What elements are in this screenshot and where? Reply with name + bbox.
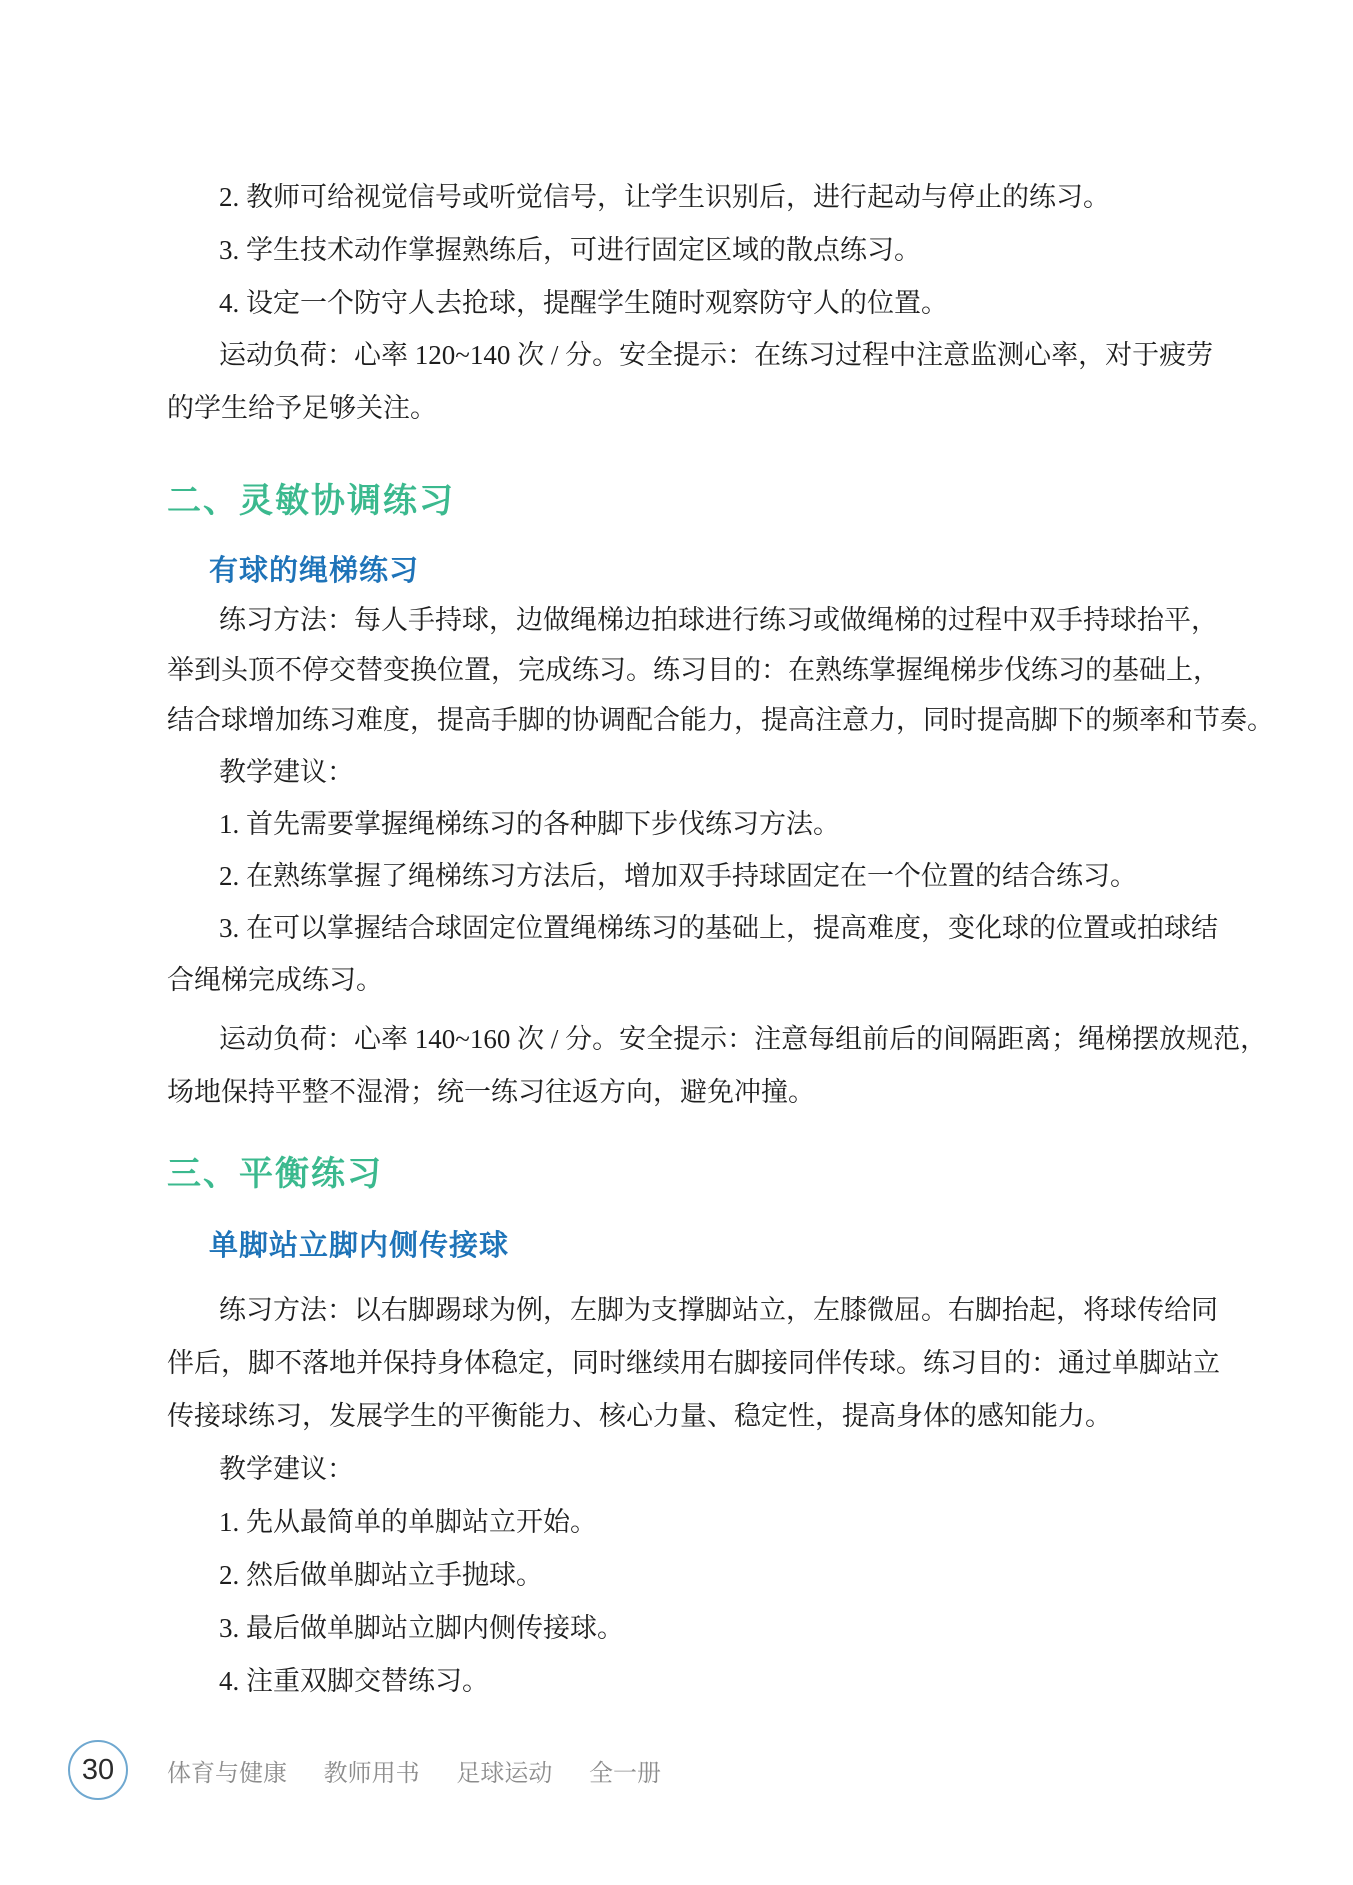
text-line: 3. 学生技术动作掌握熟练后，可进行固定区域的散点练习。 — [167, 235, 1279, 266]
text-line: 场地保持平整不湿滑；统一练习往返方向，避免冲撞。 — [167, 1077, 1227, 1108]
text-line: 3. 最后做单脚站立脚内侧传接球。 — [167, 1613, 1279, 1644]
text-line: 4. 设定一个防守人去抢球，提醒学生随时观察防守人的位置。 — [167, 288, 1279, 319]
text-line: 1. 首先需要掌握绳梯练习的各种脚下步伐练习方法。 — [167, 809, 1279, 840]
text-line: 1. 先从最简单的单脚站立开始。 — [167, 1507, 1279, 1538]
text-line: 4. 注重双脚交替练习。 — [167, 1666, 1279, 1697]
book-info-volume: 全一册 — [589, 1760, 661, 1787]
text-line: 伴后，脚不落地并保持身体稳定，同时继续用右脚接同伴传球。练习目的：通过单脚站立 — [167, 1348, 1227, 1379]
book-info-edition: 教师用书 — [324, 1760, 420, 1787]
book-info-sport: 足球运动 — [456, 1760, 552, 1787]
text-line: 练习方法：每人手持球，边做绳梯边拍球进行练习或做绳梯的过程中双手持球抬平， — [167, 605, 1279, 636]
text-line: 举到头顶不停交替变换位置，完成练习。练习目的：在熟练掌握绳梯步伐练习的基础上， — [167, 655, 1227, 686]
text-line: 3. 在可以掌握结合球固定位置绳梯练习的基础上，提高难度，变化球的位置或拍球结 — [167, 913, 1279, 944]
page-number: 30 — [82, 1754, 114, 1787]
subsection-heading: 单脚站立脚内侧传接球 — [209, 1230, 1269, 1263]
text-line: 运动负荷：心率 140~160 次 / 分。安全提示：注意每组前后的间隔距离；绳… — [167, 1024, 1279, 1055]
page-footer: 30 体育与健康 教师用书 足球运动 全一册 — [0, 1738, 1353, 1808]
subsection-heading: 有球的绳梯练习 — [209, 555, 1269, 588]
text-line: 2. 在熟练掌握了绳梯练习方法后，增加双手持球固定在一个位置的结合练习。 — [167, 861, 1279, 892]
section-heading: 三、平衡练习 — [167, 1155, 1227, 1194]
text-line: 教学建议： — [167, 757, 1279, 788]
text-line: 教学建议： — [167, 1454, 1279, 1485]
text-line: 合绳梯完成练习。 — [167, 965, 1227, 996]
book-info: 体育与健康 教师用书 足球运动 全一册 — [167, 1753, 691, 1788]
text-line: 运动负荷：心率 120~140 次 / 分。安全提示：在练习过程中注意监测心率，… — [167, 340, 1279, 371]
text-line: 结合球增加练习难度，提高手脚的协调配合能力，提高注意力，同时提高脚下的频率和节奏… — [167, 705, 1227, 736]
book-info-series: 体育与健康 — [167, 1760, 287, 1787]
page-number-badge: 30 — [68, 1740, 128, 1800]
text-line: 2. 教师可给视觉信号或听觉信号，让学生识别后，进行起动与停止的练习。 — [167, 182, 1279, 213]
textbook-page: 2. 教师可给视觉信号或听觉信号，让学生识别后，进行起动与停止的练习。3. 学生… — [0, 0, 1353, 1885]
section-heading: 二、灵敏协调练习 — [167, 482, 1227, 521]
text-line: 2. 然后做单脚站立手抛球。 — [167, 1560, 1279, 1591]
text-line: 练习方法：以右脚踢球为例，左脚为支撑脚站立，左膝微屈。右脚抬起，将球传给同 — [167, 1295, 1279, 1326]
text-line: 的学生给予足够关注。 — [167, 393, 1227, 424]
text-line: 传接球练习，发展学生的平衡能力、核心力量、稳定性，提高身体的感知能力。 — [167, 1401, 1227, 1432]
